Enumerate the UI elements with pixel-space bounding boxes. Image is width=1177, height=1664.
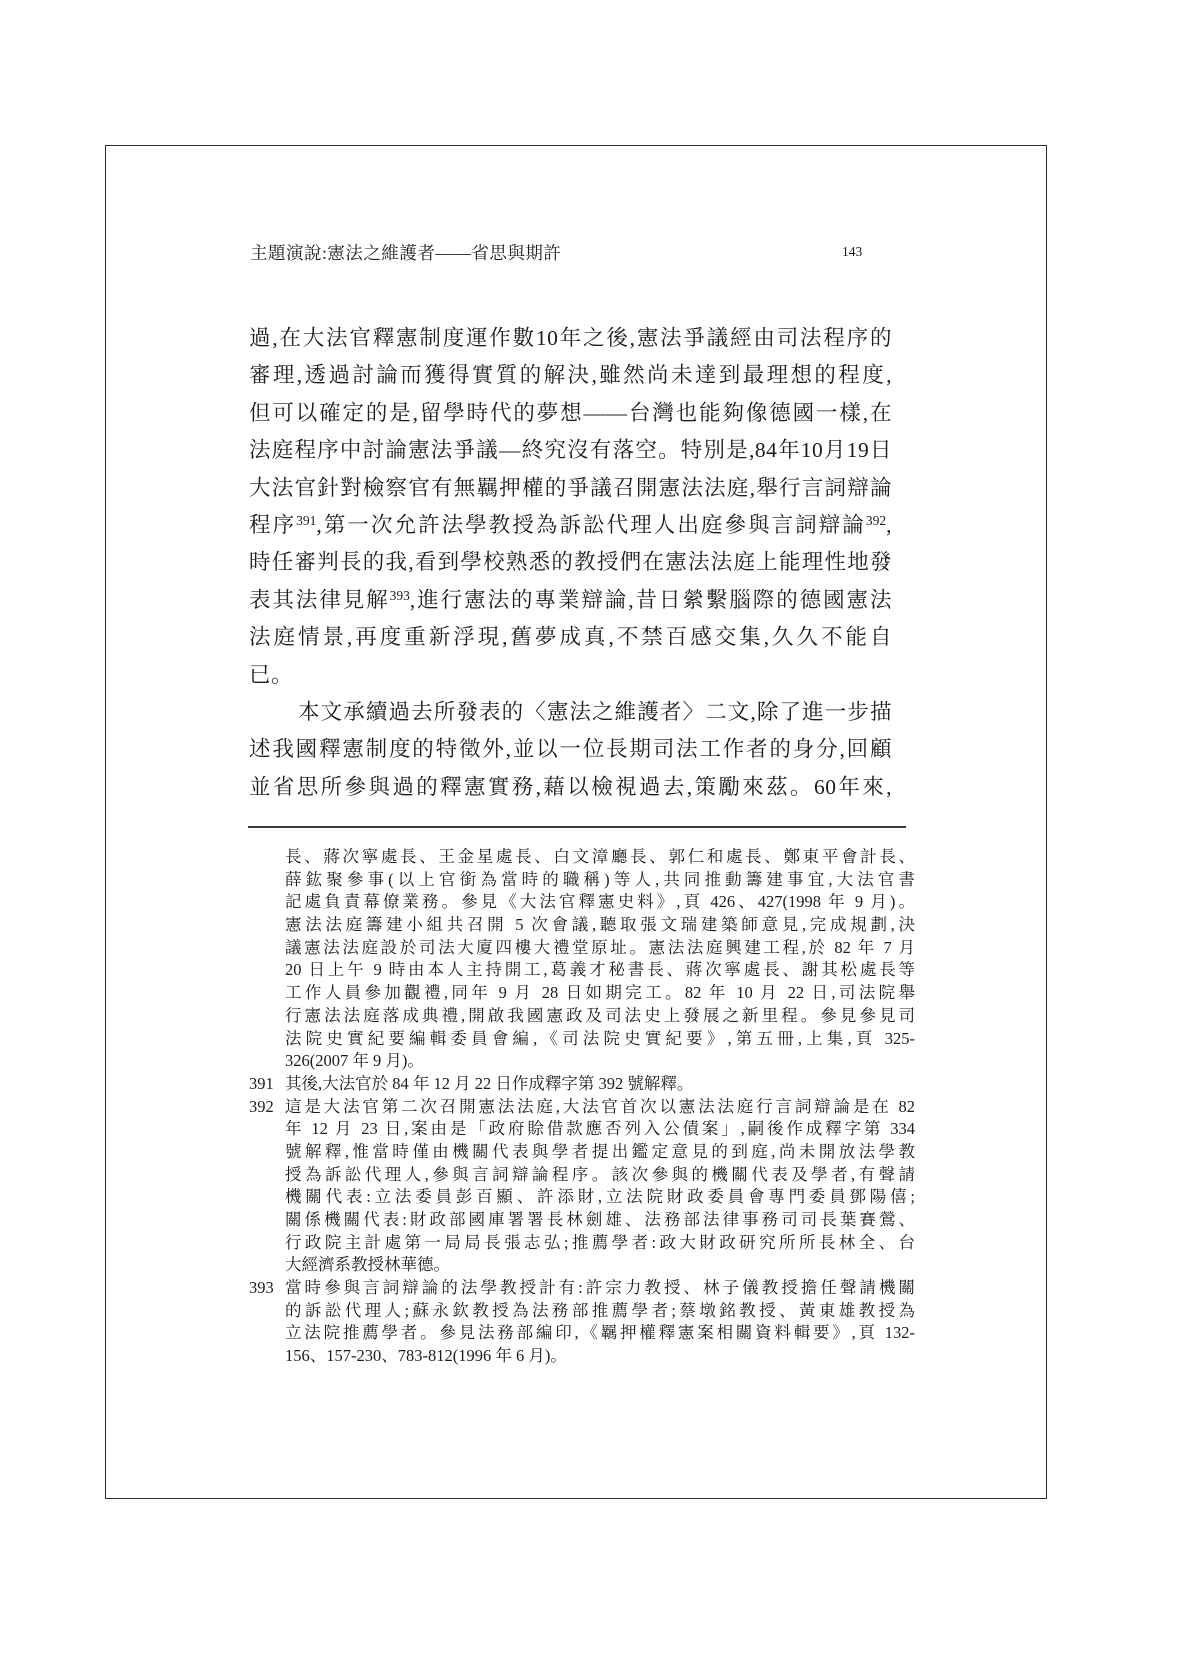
footnote-text: 年 12 月 23 日,案由是「政府賒借款應否列入公債案」,嗣後作成釋字第 33… — [285, 1118, 915, 1141]
footnote-number — [249, 982, 285, 1005]
body-line: 表其法律見解393,進行憲法的專業辯論,昔日縈繫腦際的德國憲法 — [249, 582, 892, 619]
footnote-text: 20 日上午 9 時由本人主持開工,葛義才秘書長、蔣次寧處長、謝其松處長等 — [285, 959, 915, 982]
footnote-row: 20 日上午 9 時由本人主持開工,葛義才秘書長、蔣次寧處長、謝其松處長等 — [249, 959, 915, 982]
body-line: 大法官針對檢察官有無羈押權的爭議召開憲法法庭,舉行言詞辯論 — [249, 470, 892, 507]
footnote-text: 這是大法官第二次召開憲法法庭,大法官首次以憲法法庭行言詞辯論是在 82 — [285, 1096, 915, 1119]
body-line: 述我國釋憲制度的特徵外,並以一位長期司法工作者的身分,回顧 — [249, 731, 892, 768]
footnote-row: 薛鈜聚參事(以上官銜為當時的職稱)等人,共同推動籌建事宜,大法官書 — [249, 869, 915, 892]
body-text: 過,在大法官釋憲制度運作數10年之後,憲法爭議經由司法程序的審理,透過討論而獲得… — [249, 320, 892, 806]
footnotes-block: 長、蔣次寧處長、王金星處長、白文漳廳長、郭仁和處長、鄭東平會計長、薛鈜聚參事(以… — [249, 846, 915, 1368]
footnote-row: 號解釋,惟當時僅由機關代表與學者提出鑑定意見的到庭,尚未開放法學教 — [249, 1141, 915, 1164]
footnote-text: 機關代表:立法委員彭百顯、許添財,立法院財政委員會專門委員鄧陽僖; — [285, 1186, 915, 1209]
footnote-text: 的訴訟代理人;蘇永欽教授為法務部推薦學者;蔡墩銘教授、黃東雄教授為 — [285, 1300, 915, 1323]
footnote-row: 393當時參與言詞辯論的法學教授計有:許宗力教授、林子儀教授擔任聲請機關 — [249, 1277, 915, 1300]
footnote-text: 議憲法法庭設於司法大廈四樓大禮堂原址。憲法法庭興建工程,於 82 年 7 月 — [285, 937, 915, 960]
footnote-number — [249, 1254, 285, 1277]
footnote-text: 行憲法法庭落成典禮,開啟我國憲政及司法史上發展之新里程。參見參見司 — [285, 1005, 915, 1028]
footnote-row: 的訴訟代理人;蘇永欽教授為法務部推薦學者;蔡墩銘教授、黃東雄教授為 — [249, 1300, 915, 1323]
footnote-number — [249, 846, 285, 869]
footnote-text: 156、157-230、783-812(1996 年 6 月)。 — [285, 1345, 915, 1368]
footnote-row: 行憲法法庭落成典禮,開啟我國憲政及司法史上發展之新里程。參見參見司 — [249, 1005, 915, 1028]
footnote-number — [249, 1028, 285, 1051]
body-line: 法庭程序中討論憲法爭議—終究沒有落空。特別是,84年10月19日 — [249, 432, 892, 469]
footnote-row: 長、蔣次寧處長、王金星處長、白文漳廳長、郭仁和處長、鄭東平會計長、 — [249, 846, 915, 869]
footnote-row: 大經濟系教授林華德。 — [249, 1254, 915, 1277]
footnote-number — [249, 1164, 285, 1187]
footnote-row: 憲法法庭籌建小組共召開 5 次會議,聽取張文瑞建築師意見,完成規劃,決 — [249, 914, 915, 937]
body-line: 並省思所參與過的釋憲實務,藉以檢視過去,策勵來茲。60年來, — [249, 769, 892, 806]
footnote-number: 391 — [249, 1073, 285, 1096]
footnote-number — [249, 891, 285, 914]
footnote-row: 工作人員參加觀禮,同年 9 月 28 日如期完工。82 年 10 月 22 日,… — [249, 982, 915, 1005]
footnote-row: 392這是大法官第二次召開憲法法庭,大法官首次以憲法法庭行言詞辯論是在 82 — [249, 1096, 915, 1119]
footnote-row: 關係機關代表:財政部國庫署署長林劍雄、法務部法律事務司司長葉賽鶯、 — [249, 1209, 915, 1232]
footnote-number — [249, 1118, 285, 1141]
body-line: 已。 — [249, 657, 892, 694]
footnote-text: 關係機關代表:財政部國庫署署長林劍雄、法務部法律事務司司長葉賽鶯、 — [285, 1209, 915, 1232]
footnote-row: 記處負責幕僚業務。參見《大法官釋憲史料》,頁 426、427(1998 年 9 … — [249, 891, 915, 914]
footnote-number — [249, 1005, 285, 1028]
footnote-number — [249, 1345, 285, 1368]
body-line: 時任審判長的我,看到學校熟悉的教授們在憲法法庭上能理性地發 — [249, 544, 892, 581]
footnote-text: 薛鈜聚參事(以上官銜為當時的職稱)等人,共同推動籌建事宜,大法官書 — [285, 869, 915, 892]
footnote-number — [249, 937, 285, 960]
footnote-number — [249, 914, 285, 937]
footnote-number — [249, 1209, 285, 1232]
footnote-text: 長、蔣次寧處長、王金星處長、白文漳廳長、郭仁和處長、鄭東平會計長、 — [285, 846, 915, 869]
footnote-row: 156、157-230、783-812(1996 年 6 月)。 — [249, 1345, 915, 1368]
footnote-text: 記處負責幕僚業務。參見《大法官釋憲史料》,頁 426、427(1998 年 9 … — [285, 891, 915, 914]
footnote-text: 326(2007 年 9 月)。 — [285, 1050, 915, 1073]
page-number: 143 — [842, 244, 862, 260]
footnote-text: 法院史實紀要編輯委員會編,《司法院史實紀要》,第五冊,上集,頁 325- — [285, 1028, 915, 1051]
footnote-row: 立法院推薦學者。參見法務部編印,《羈押權釋憲案相關資料輯要》,頁 132- — [249, 1322, 915, 1345]
body-line: 本文承續過去所發表的〈憲法之維護者〉二文,除了進一步描 — [249, 694, 892, 731]
footnote-row: 391其後,大法官於 84 年 12 月 22 日作成釋字第 392 號解釋。 — [249, 1073, 915, 1096]
footnote-number — [249, 1186, 285, 1209]
footnote-number — [249, 1300, 285, 1323]
footnote-row: 授為訴訟代理人,參與言詞辯論程序。該次參與的機關代表及學者,有聲請 — [249, 1164, 915, 1187]
body-line: 過,在大法官釋憲制度運作數10年之後,憲法爭議經由司法程序的 — [249, 320, 892, 357]
footnote-number — [249, 1322, 285, 1345]
footnote-text: 其後,大法官於 84 年 12 月 22 日作成釋字第 392 號解釋。 — [285, 1073, 915, 1096]
footnote-text: 號解釋,惟當時僅由機關代表與學者提出鑑定意見的到庭,尚未開放法學教 — [285, 1141, 915, 1164]
footnote-number — [249, 869, 285, 892]
footnote-row: 行政院主計處第一局局長張志弘;推薦學者:政大財政研究所所長林全、台 — [249, 1232, 915, 1255]
footnote-text: 當時參與言詞辯論的法學教授計有:許宗力教授、林子儀教授擔任聲請機關 — [285, 1277, 915, 1300]
footnote-number — [249, 1232, 285, 1255]
footnote-text: 憲法法庭籌建小組共召開 5 次會議,聽取張文瑞建築師意見,完成規劃,決 — [285, 914, 915, 937]
footnote-number — [249, 1141, 285, 1164]
footnote-number: 393 — [249, 1277, 285, 1300]
body-line: 法庭情景,再度重新浮現,舊夢成真,不禁百感交集,久久不能自 — [249, 619, 892, 656]
footnote-text: 行政院主計處第一局局長張志弘;推薦學者:政大財政研究所所長林全、台 — [285, 1232, 915, 1255]
body-line: 審理,透過討論而獲得實質的解決,雖然尚未達到最理想的程度, — [249, 357, 892, 394]
footnote-separator-rule — [248, 826, 906, 828]
footnote-ref: 393 — [390, 588, 410, 603]
body-line: 但可以確定的是,留學時代的夢想——台灣也能夠像德國一樣,在 — [249, 395, 892, 432]
footnote-row: 326(2007 年 9 月)。 — [249, 1050, 915, 1073]
footnote-text: 授為訴訟代理人,參與言詞辯論程序。該次參與的機關代表及學者,有聲請 — [285, 1164, 915, 1187]
running-header-title: 主題演說:憲法之維護者——省思與期許 — [250, 240, 561, 265]
footnote-row: 年 12 月 23 日,案由是「政府賒借款應否列入公債案」,嗣後作成釋字第 33… — [249, 1118, 915, 1141]
body-line: 程序391,第一次允許法學教授為訴訟代理人出庭參與言詞辯論392, — [249, 507, 892, 544]
footnote-text: 大經濟系教授林華德。 — [285, 1254, 915, 1277]
footnote-number: 392 — [249, 1096, 285, 1119]
footnote-number — [249, 959, 285, 982]
footnote-text: 立法院推薦學者。參見法務部編印,《羈押權釋憲案相關資料輯要》,頁 132- — [285, 1322, 915, 1345]
footnote-row: 法院史實紀要編輯委員會編,《司法院史實紀要》,第五冊,上集,頁 325- — [249, 1028, 915, 1051]
footnote-ref: 391 — [296, 513, 316, 528]
footnote-ref: 392 — [866, 513, 886, 528]
footnote-text: 工作人員參加觀禮,同年 9 月 28 日如期完工。82 年 10 月 22 日,… — [285, 982, 915, 1005]
footnote-row: 議憲法法庭設於司法大廈四樓大禮堂原址。憲法法庭興建工程,於 82 年 7 月 — [249, 937, 915, 960]
footnote-number — [249, 1050, 285, 1073]
footnote-row: 機關代表:立法委員彭百顯、許添財,立法院財政委員會專門委員鄧陽僖; — [249, 1186, 915, 1209]
